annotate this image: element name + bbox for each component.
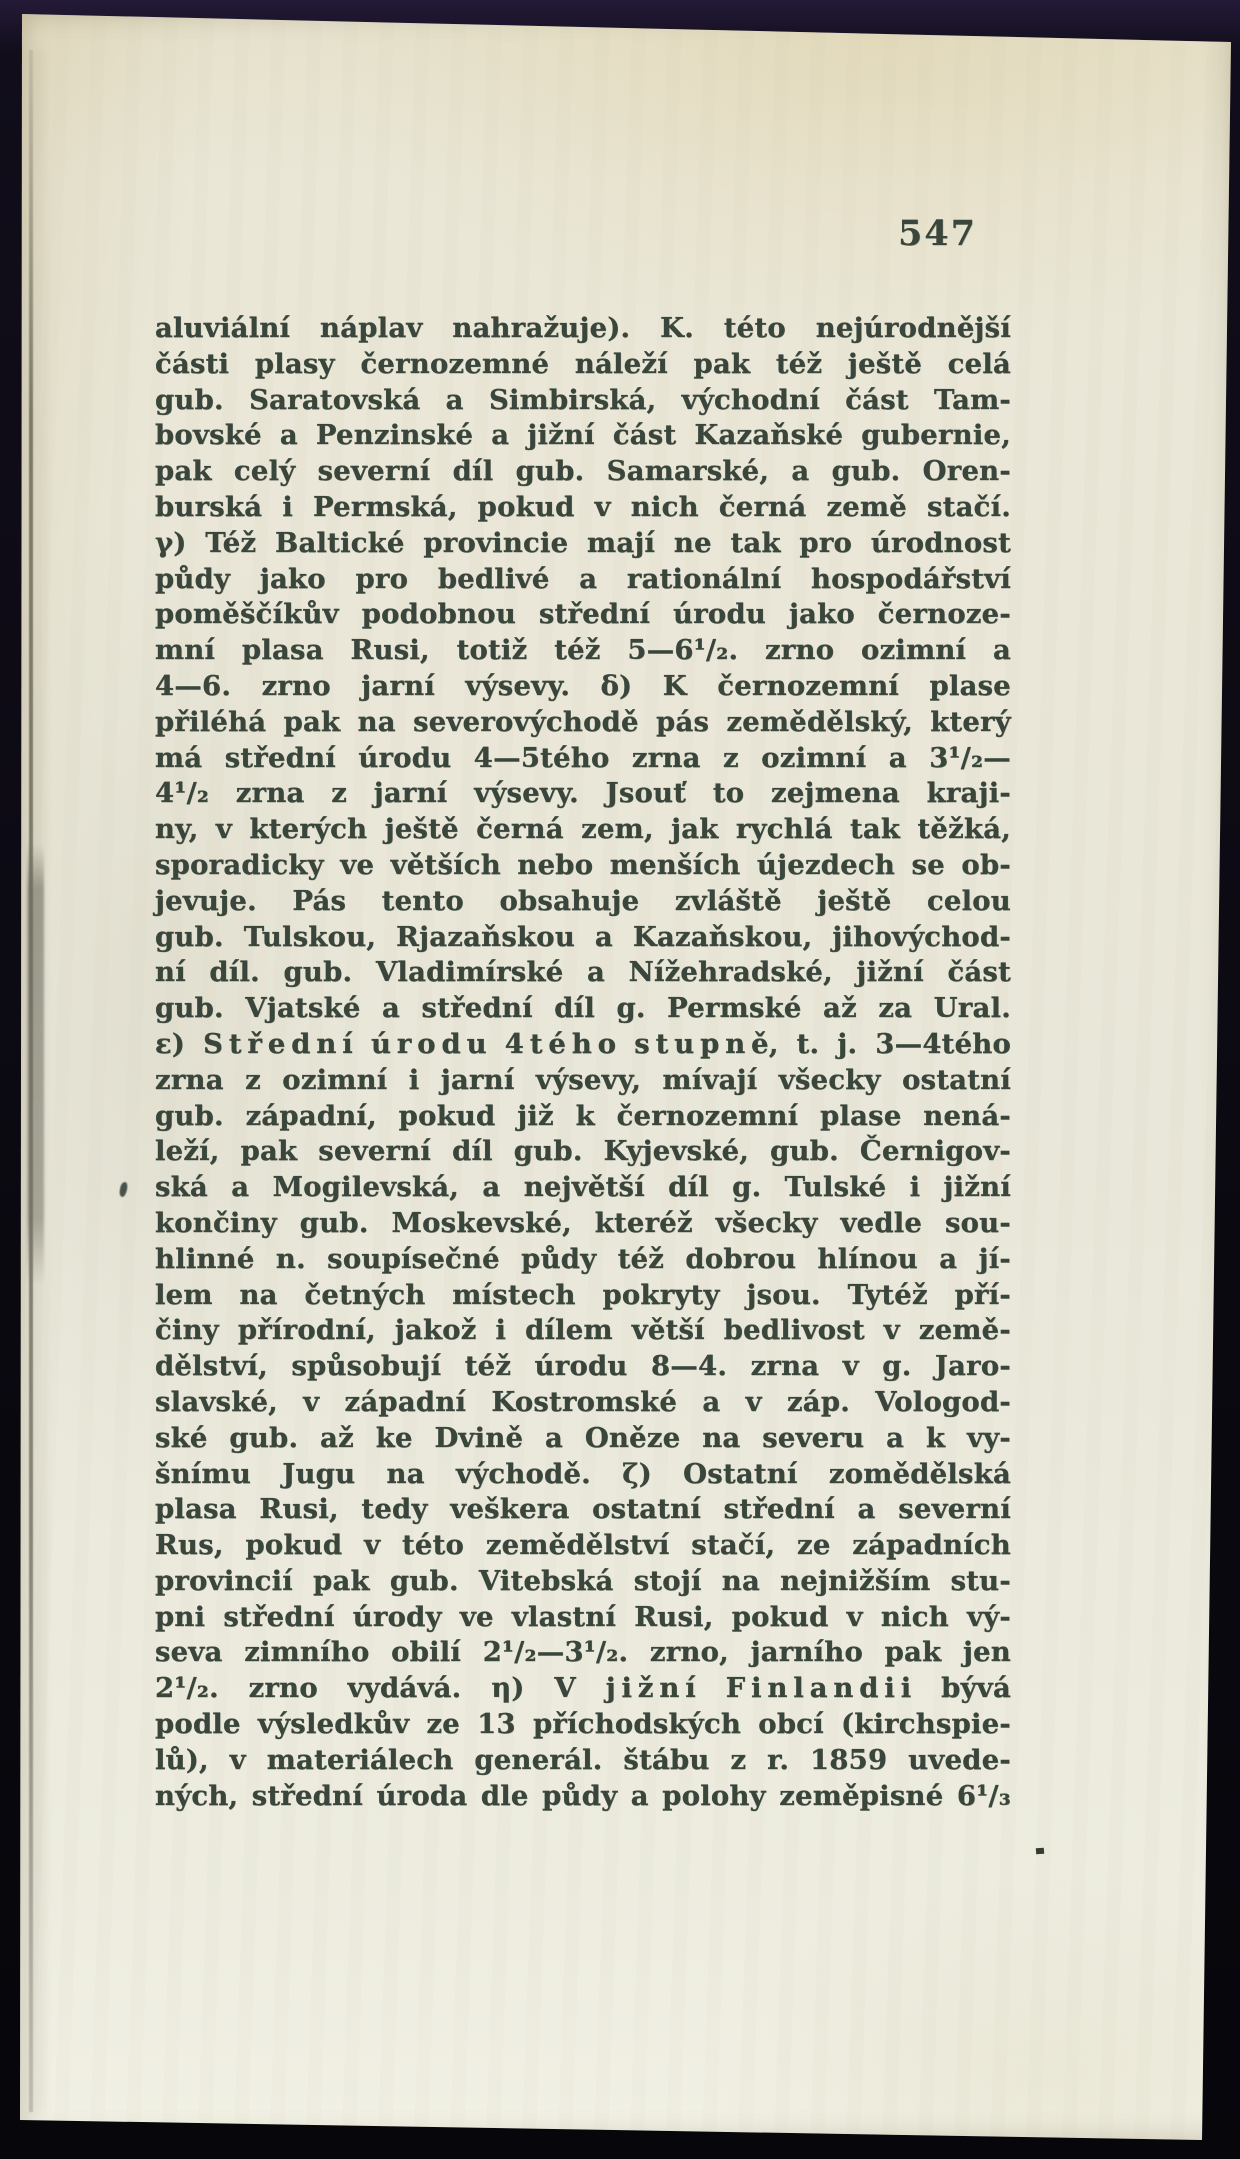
text-line: gub. západní, pokud již k černozemní pla… (155, 1099, 1011, 1135)
text-line: 2¹/₂. zrno vydává. η) V j i ž n í F i n … (155, 1671, 1011, 1707)
text-line: jevuje. Pás tento obsahuje zvláště ještě… (155, 884, 1011, 920)
text-line: gub. Vjatské a střední díl g. Permské až… (155, 991, 1011, 1027)
text-line: mní plasa Rusi, totiž též 5—6¹/₂. zrno o… (155, 633, 1011, 669)
text-line: burská i Permská, pokud v nich černá zem… (155, 490, 1011, 526)
text-line: ní díl. gub. Vladimírské a Nížehradské, … (155, 955, 1011, 991)
text-line: zrna z ozimní i jarní výsevy, mívají vše… (155, 1063, 1011, 1099)
text-line: pni střední úrody ve vlastní Rusi, pokud… (155, 1600, 1011, 1636)
text-line: má střední úrodu 4—5tého zrna z ozimní a… (155, 741, 1011, 777)
text-line: leží, pak severní díl gub. Kyjevské, gub… (155, 1134, 1011, 1170)
text-line: půdy jako pro bedlivé a rationální hospo… (155, 562, 1011, 598)
text-line: podle výsledkův ze 13 příchodských obcí … (155, 1707, 1011, 1743)
text-line: ných, střední úroda dle půdy a polohy ze… (155, 1779, 1011, 1815)
text-line: šnímu Jugu na východě. ζ) Ostatní zomědě… (155, 1457, 1011, 1493)
text-line: 4—6. zrno jarní výsevy. δ) K černozemní … (155, 669, 1011, 705)
text-line: provincií pak gub. Vitebská stojí na nej… (155, 1564, 1011, 1600)
book-page: 547 aluviální náplav nahražuje). K. této… (20, 12, 1232, 2140)
text-line: ská a Mogilevská, a největší díl g. Tuls… (155, 1170, 1011, 1206)
text-line: poměščíkův podobnou střední úrodu jako č… (155, 597, 1011, 633)
text-line: plasa Rusi, tedy veškera ostatní střední… (155, 1492, 1011, 1528)
body-text-block: aluviální náplav nahražuje). K. této nej… (155, 311, 1011, 1814)
text-line: bovské a Penzinské a jižní část Kazaňské… (155, 418, 1011, 454)
text-line: gub. Saratovská a Simbirská, východní čá… (155, 383, 1011, 419)
text-line: ε) S t ř e d n í ú r o d u 4 t é h o s t… (155, 1027, 1011, 1063)
text-line: aluviální náplav nahražuje). K. této nej… (155, 311, 1011, 347)
margin-ink-mark (119, 1182, 128, 1198)
text-line: 4¹/₂ zrna z jarní výsevy. Jsouť to zejme… (155, 776, 1011, 812)
text-line: seva zimního obilí 2¹/₂—3¹/₂. zrno, jarn… (155, 1635, 1011, 1671)
text-line: lů), v materiálech generál. štábu z r. 1… (155, 1743, 1011, 1779)
text-line: hlinné n. soupísečné půdy též dobrou hlí… (155, 1242, 1011, 1278)
text-line: pak celý severní díl gub. Samarské, a gu… (155, 454, 1011, 490)
text-line: lem na četných místech pokryty jsou. Tyt… (155, 1278, 1011, 1314)
text-line: dělství, spůsobují též úrodu 8—4. zrna v… (155, 1349, 1011, 1385)
text-line: Rus, pokud v této zemědělství stačí, ze … (155, 1528, 1011, 1564)
text-line: γ) Též Baltické provincie mají ne tak pr… (155, 526, 1011, 562)
gutter-smudge (27, 844, 44, 1284)
text-line: gub. Tulskou, Rjazaňskou a Kazaňskou, ji… (155, 920, 1011, 956)
text-line: sporadicky ve větších nebo menších újezd… (155, 848, 1011, 884)
text-line: končiny gub. Moskevské, kteréž všecky ve… (155, 1206, 1011, 1242)
text-line: přiléhá pak na severovýchodě pás zeměděl… (155, 705, 1011, 741)
text-line: činy přírodní, jakož i dílem větší bedli… (155, 1313, 1011, 1349)
text-line: ské gub. až ke Dvině a Oněze na severu a… (155, 1421, 1011, 1457)
text-line: slavské, v západní Kostromské a v záp. V… (155, 1385, 1011, 1421)
text-line: části plasy černozemné náleží pak též je… (155, 347, 1011, 383)
text-line: ny, v kterých ještě černá zem, jak rychl… (155, 812, 1011, 848)
page-number: 547 (747, 213, 977, 254)
ink-dot (1036, 1848, 1044, 1855)
